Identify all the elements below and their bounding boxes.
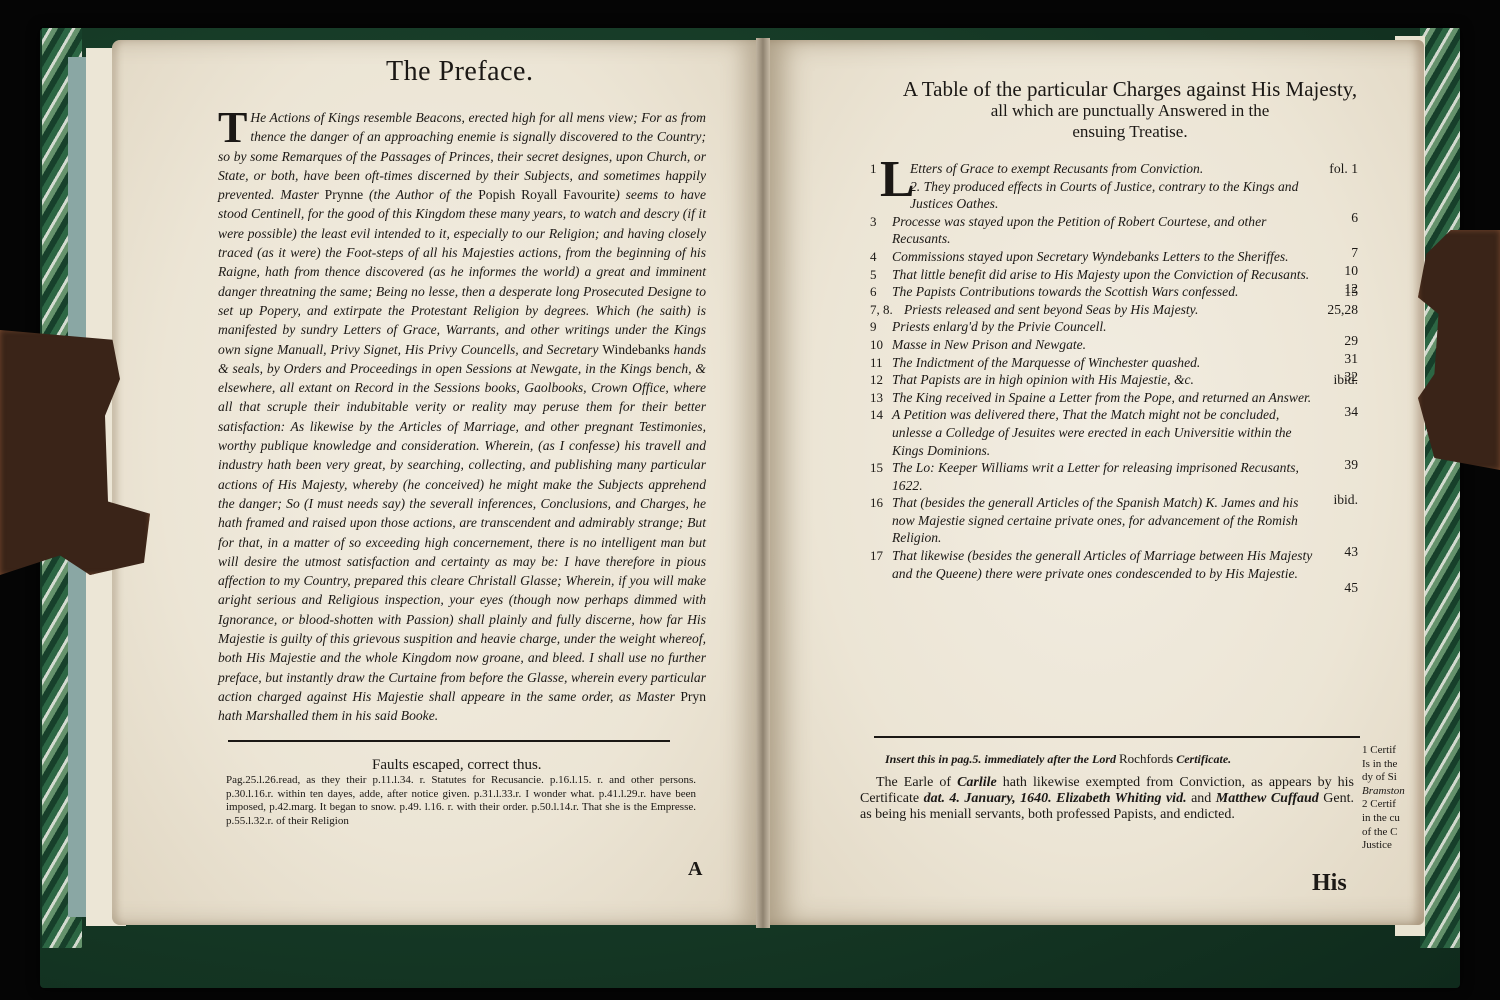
margin-line: 2 Certif [1362,798,1410,812]
book-gutter [756,38,770,928]
charge-number: 9 [870,318,877,336]
margin-line: Is in the [1362,758,1410,772]
charge-text: A Petition was delivered there, That the… [892,407,1292,457]
carlile-paragraph: The Earle of Carlile hath likewise exemp… [860,775,1354,822]
person-name: Carlile [957,775,997,790]
charge-item: 12That Papists are in high opinion with … [870,371,1358,389]
charge-number: 7, 8. [870,301,893,319]
charge-item: 1 L Etters of Grace to exempt Recusants … [870,160,1358,178]
charge-item: 16That (besides the generall Articles of… [870,494,1358,547]
divider-rule [874,736,1360,738]
charge-item: 3Processe was stayed upon the Petition o… [870,213,1358,248]
person-name: Matthew Cuffaud [1216,791,1319,806]
charge-text: The Indictment of the Marquesse of Winch… [892,355,1200,370]
charge-text: Masse in New Prison and Newgate. [892,337,1086,352]
charge-text: That little benefit did arise to His Maj… [892,267,1309,282]
folio-ref: 45 [1344,579,1358,597]
drop-cap: T [218,110,247,146]
charge-number: 11 [870,354,883,372]
preface-book-title: Popish Royall Favourite [478,187,615,202]
folio-ref: 25,28 [1327,301,1358,319]
margin-line: of the C [1362,826,1410,840]
preface-body: THe Actions of Kings resemble Beacons, e… [218,108,706,726]
charge-number: 14 [870,406,883,424]
next-page-margin-fragment: 1 Certif Is in the dy of Si Bramston 2 C… [1362,744,1410,853]
charge-number: 12 [870,371,883,389]
margin-line: Bramston [1362,785,1410,799]
insert-note: Insert this in pag.5. immediately after … [885,751,1231,767]
charge-text: That likewise (besides the generall Arti… [892,548,1312,581]
insert-note-text: Certificate. [1173,752,1231,766]
errata-title: Faults escaped, correct thus. [372,757,542,774]
signature-mark: A [688,858,702,881]
insert-note-name: Rochfords [1119,751,1173,766]
charge-text: That (besides the generall Articles of t… [892,495,1298,545]
certificate-date: dat. 4. January, 1640. Elizabeth Whiting… [924,791,1187,806]
charge-item: 5That little benefit did arise to His Ma… [870,266,1358,284]
charge-number: 15 [870,459,883,477]
divider-rule [228,740,670,742]
preface-text: hands & seals, by Orders and Proceedings… [218,342,706,704]
preface-name: Windebanks [602,342,669,357]
preface-title: The Preface. [386,56,533,88]
insert-note-text: Insert this in pag.5. immediately after … [885,752,1119,766]
charge-item: 6The Papists Contributions towards the S… [870,283,1358,301]
charge-item: 7, 8.Priests released and sent beyond Se… [870,301,1358,319]
charge-number: 5 [870,266,877,284]
preface-text: (the Author of the [363,187,478,202]
charge-text: That Papists are in high opinion with Hi… [892,372,1194,387]
marbled-endpaper-right [1420,28,1460,948]
charge-text: Priests released and sent beyond Seas by… [904,302,1198,317]
charge-item: 15The Lo: Keeper Williams writ a Letter … [870,459,1358,494]
margin-line: in the cu [1362,812,1410,826]
margin-line: dy of Si [1362,771,1410,785]
margin-line: 1 Certif [1362,744,1410,758]
charge-item: 9Priests enlarg'd by the Privie Councell… [870,318,1358,336]
folio-ref: 15 [1344,283,1358,301]
charge-text: Etters of Grace to exempt Recusants from… [910,161,1203,176]
catchword: His [1312,870,1347,897]
charge-item: 13The King received in Spaine a Letter f… [870,389,1358,407]
folio-ref: ibid. [1333,371,1358,389]
charge-item: 11The Indictment of the Marquesse of Win… [870,354,1358,372]
charge-number: 1 [870,160,877,178]
charge-number: 6 [870,283,877,301]
charge-text: Processe was stayed upon the Petition of… [892,214,1266,247]
charge-text: 2. They produced effects in Courts of Ju… [910,179,1298,212]
paragraph-text: The Earle of [876,775,957,790]
table-subheading: ensuing Treatise. [880,121,1380,142]
charges-list: 1 L Etters of Grace to exempt Recusants … [870,160,1358,582]
table-subheading: all which are punctually Answered in the [880,100,1380,121]
charge-number: 10 [870,336,883,354]
preface-name: Prynne [325,187,364,202]
margin-line: Justice [1362,839,1410,853]
table-title: A Table of the particular Charges agains… [880,78,1380,142]
charge-number: 13 [870,389,883,407]
preface-text: hath Marshalled them in his said Booke. [218,708,438,723]
charge-item: 10Masse in New Prison and Newgate.31 [870,336,1358,354]
charge-number: 17 [870,547,883,565]
charge-number: 4 [870,248,877,266]
charge-number: 3 [870,213,877,231]
charge-text: The Lo: Keeper Williams writ a Letter fo… [892,460,1299,493]
errata-text: Pag.25.l.26.read, as they their p.11.l.3… [226,774,696,828]
paragraph-text: and [1187,791,1216,806]
charge-item: 4Commissions stayed upon Secretary Wynde… [870,248,1358,266]
table-heading: A Table of the particular Charges agains… [903,77,1357,101]
preface-name: Pryn [680,689,706,704]
preface-text: ) seems to have stood Centinell, for the… [218,187,706,356]
charge-number: 16 [870,494,883,512]
charge-item: 14A Petition was delivered there, That t… [870,406,1358,459]
charge-text: Priests enlarg'd by the Privie Councell. [892,319,1107,334]
charge-item: 17That likewise (besides the generall Ar… [870,547,1358,582]
charge-text: Commissions stayed upon Secretary Wyndeb… [892,249,1289,264]
charge-text: The Papists Contributions towards the Sc… [892,284,1238,299]
charge-item: 2. They produced effects in Courts of Ju… [870,178,1358,213]
charge-text: The King received in Spaine a Letter fro… [892,390,1311,405]
folio-ref: fol. 1 [1329,160,1358,178]
